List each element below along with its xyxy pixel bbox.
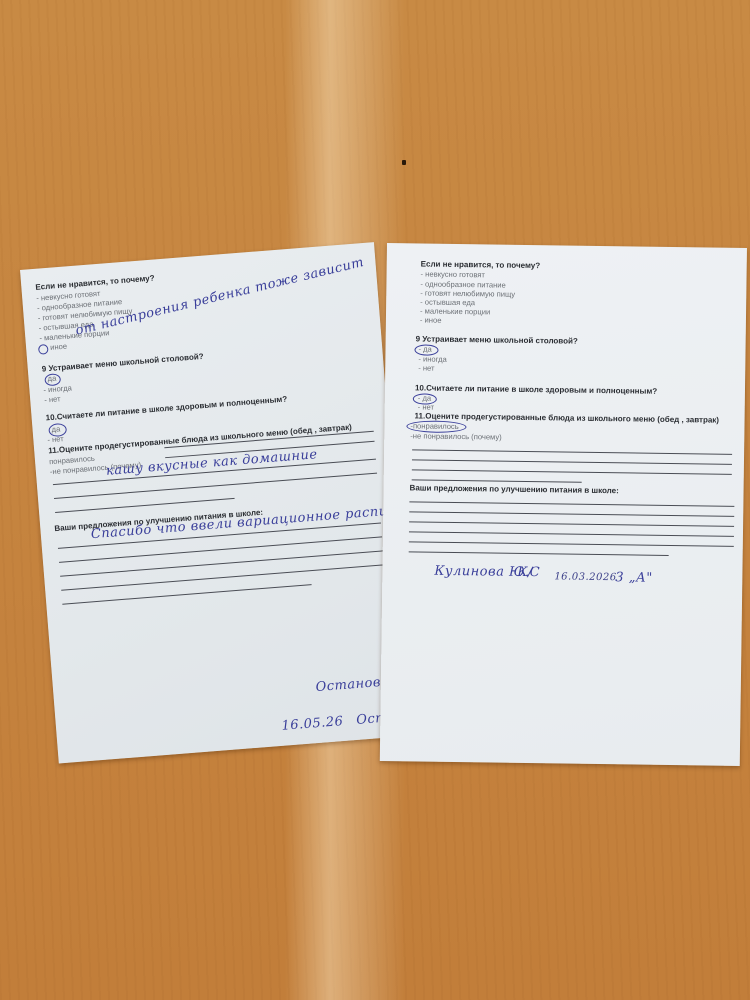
- option-selected: - да: [418, 344, 431, 354]
- handwritten-answer-q11: кашу вкусные как домашние: [105, 447, 318, 479]
- option-selected: -понравилось: [410, 421, 458, 432]
- answer-line: [409, 501, 734, 507]
- answer-line: [60, 550, 383, 576]
- answer-line: [61, 564, 384, 590]
- table-speck: [402, 160, 406, 165]
- option: - иное: [420, 315, 442, 325]
- option: - нет: [47, 434, 64, 445]
- answer-line: [409, 541, 734, 547]
- option: - нет: [44, 394, 61, 405]
- option: - нет: [418, 363, 434, 373]
- answer-line: [409, 551, 669, 556]
- option-selected: иное: [50, 342, 68, 353]
- signature-mark: К/: [517, 565, 533, 580]
- suggestions-title: Ваши предложения по улучшению питания в …: [410, 483, 619, 496]
- answer-line: [54, 473, 377, 499]
- answer-line: [55, 498, 235, 513]
- answer-line: [412, 479, 582, 482]
- question-10-title: 10.Считаете ли питание в школе здоровым …: [415, 383, 657, 396]
- option: -не понравилось (почему): [410, 431, 502, 442]
- answer-line: [412, 459, 732, 464]
- signature-date: 16.05.26: [281, 714, 344, 734]
- signature-date: 16.03.2026: [554, 571, 616, 583]
- question-10-title: 10.Считаете ли питание в школе здоровым …: [45, 394, 287, 423]
- question-9-title: 9 Устраивает меню школьной столовой?: [41, 352, 203, 375]
- option-selected: да: [47, 374, 56, 385]
- selection-circle: [38, 344, 49, 355]
- answer-line: [409, 521, 734, 527]
- answer-line: [412, 449, 732, 454]
- answer-line: [409, 531, 734, 537]
- answer-line: [412, 469, 732, 474]
- question-9-title: 9 Устраивает меню школьной столовой?: [416, 334, 578, 346]
- questionnaire-sheet-right: Если не нравится, то почему? - невкусно …: [380, 243, 747, 766]
- questionnaire-sheet-left: Если не нравится, то почему? - невкусно …: [20, 242, 413, 763]
- signature-class: 3 „А": [615, 570, 653, 586]
- answer-line: [409, 511, 734, 517]
